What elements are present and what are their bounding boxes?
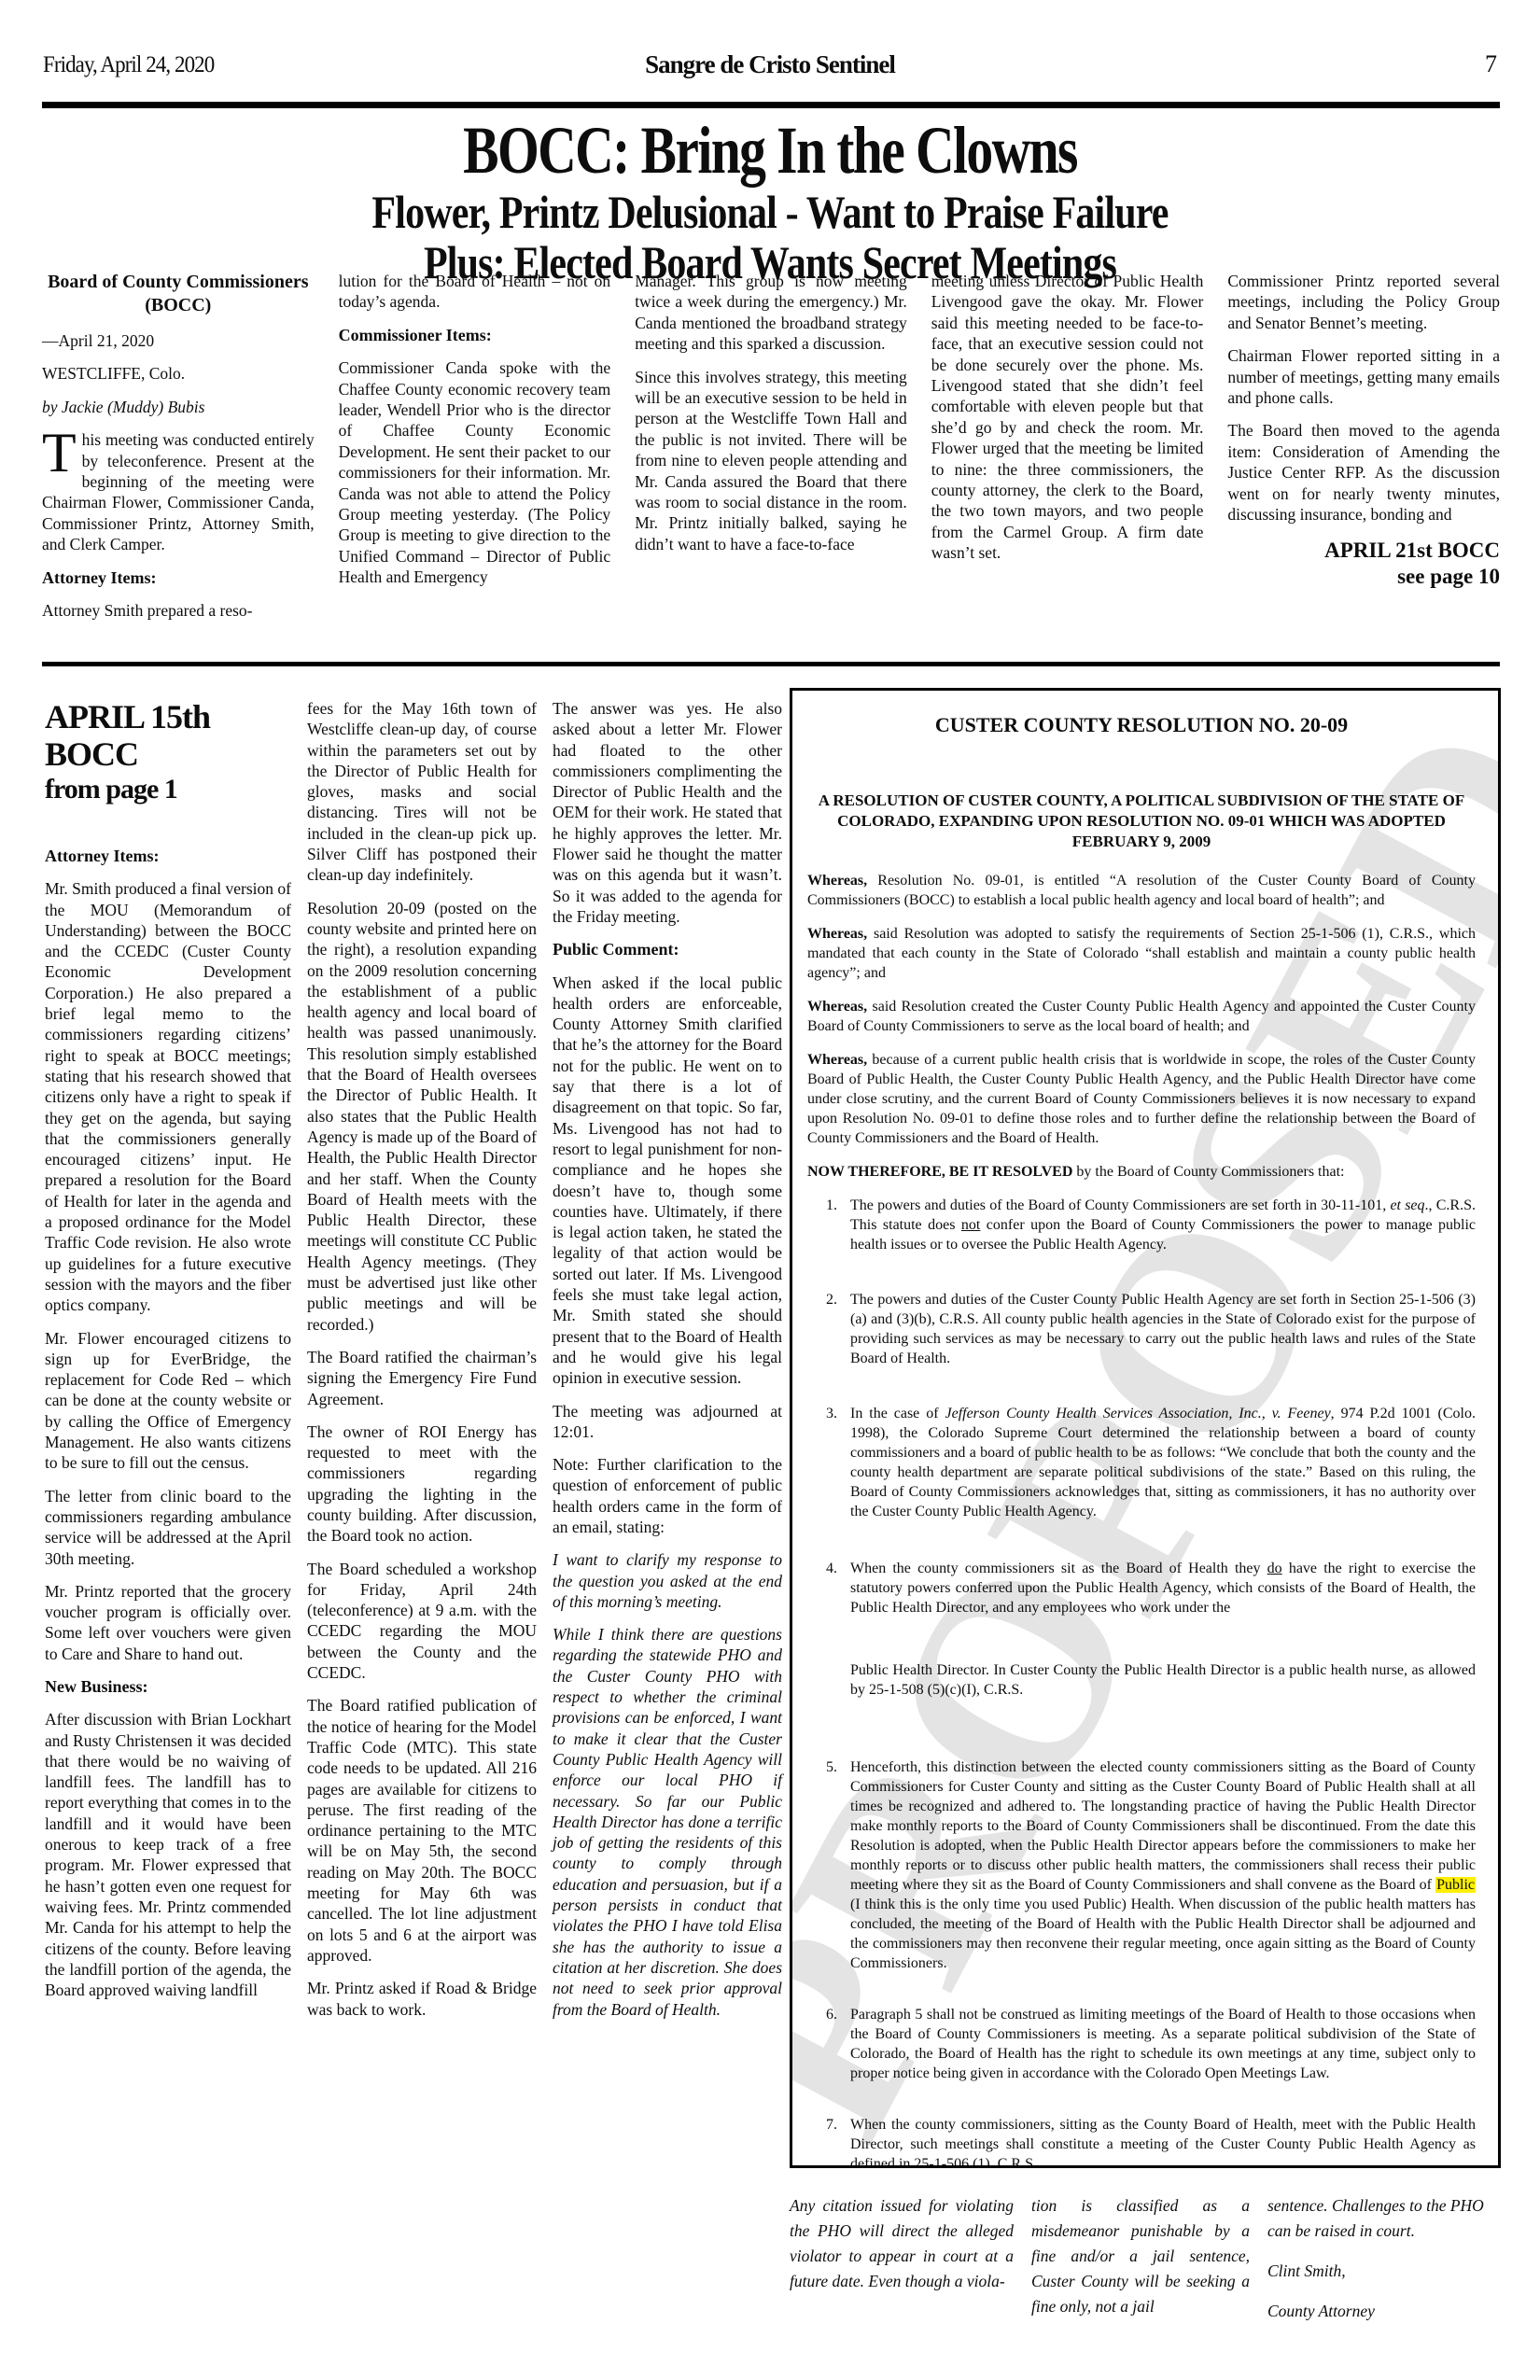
whereas-paragraph: Whereas, because of a current public hea… (807, 1050, 1476, 1148)
continuation-title: APRIL 15th BOCC (45, 698, 291, 773)
section-head-attorney-items: Attorney Items: (45, 846, 291, 866)
paragraph: The Board ratified the chairman’s signin… (307, 1347, 537, 1409)
item-text: The powers and duties of the Custer Coun… (850, 1290, 1476, 1368)
byline: by Jackie (Muddy) Bubis (42, 397, 315, 417)
paragraph: Mr. Smith produced a final version of th… (45, 878, 291, 1315)
continuation-column-2: fees for the May 16th town of Westcliffe… (307, 698, 537, 2032)
story-source-head: Board of County Commissioners (BOCC) (42, 271, 315, 317)
resolution-item-continuation: Public Health Director. In Custer County… (850, 1660, 1476, 1700)
resolution-subtitle: A RESOLUTION OF CUSTER COUNTY, A POLITIC… (807, 791, 1476, 852)
item-text: Paragraph 5 shall not be construed as li… (850, 2005, 1476, 2083)
signature-title: County Attorney (1267, 2299, 1501, 2324)
note-paragraph: sentence. Challenges to the PHO can be r… (1267, 2193, 1501, 2244)
resolution-item: 2.The powers and duties of the Custer Co… (807, 1290, 1476, 1368)
item-text: When the county commissioners, sitting a… (850, 2115, 1476, 2168)
resolution-title: CUSTER COUNTY RESOLUTION NO. 20-09 (807, 715, 1476, 735)
paragraph: Manager. This group is now meeting twice… (635, 271, 907, 355)
paragraph: Commissioner Canda spoke with the Chaffe… (339, 357, 611, 587)
dateline: —April 21, 2020 (42, 330, 315, 351)
paragraph: The owner of ROI Energy has requested to… (307, 1421, 537, 1547)
header-rule (42, 102, 1500, 108)
paragraph: Mr. Printz reported that the grocery vou… (45, 1581, 291, 1664)
email-quote-paragraph: While I think there are questions regard… (553, 1624, 782, 2020)
attorney-note: Any citation issued for violating the PH… (790, 2193, 1501, 2339)
jump-line-2: see page 10 (1397, 565, 1500, 588)
signature-name: Clint Smith, (1267, 2259, 1501, 2284)
section-head-public-comment: Public Comment: (553, 939, 782, 959)
newspaper-page: Friday, April 24, 2020 Sangre de Cristo … (0, 0, 1540, 2380)
item-text: The powers and duties of the Board of Co… (850, 1196, 1476, 1254)
resolution-box: PROPOSED CUSTER COUNTY RESOLUTION NO. 20… (790, 688, 1501, 2168)
item-number: 2. (826, 1290, 850, 1368)
paragraph: The meeting was adjourned at 12:01. (553, 1401, 782, 1443)
paragraph: meeting unless Director of Public Health… (931, 271, 1204, 564)
paragraph: Resolution 20-09 (posted on the county w… (307, 898, 537, 1335)
paragraph: Commissioner Printz reported several mee… (1227, 271, 1500, 333)
headline-sub-1: Flower, Printz Delusional - Want to Prai… (123, 185, 1417, 239)
paragraph: The Board scheduled a workshop for Frida… (307, 1559, 537, 1684)
paragraph-text: his meeting was conducted entirely by te… (42, 430, 315, 553)
top-article-column-4: meeting unless Director of Public Health… (931, 271, 1204, 633)
whereas-paragraph: Whereas, Resolution No. 09-01, is entitl… (807, 871, 1476, 910)
headline-main: BOCC: Bring In the Clowns (154, 112, 1386, 189)
paragraph: The answer was yes. He also asked about … (553, 698, 782, 927)
continuation-column-1: APRIL 15th BOCC from page 1 Attorney Ite… (45, 698, 291, 2032)
item-number: 3. (826, 1404, 850, 1521)
paragraph: The Board ratified publication of the no… (307, 1695, 537, 1966)
paragraph: Note: Further clarification to the quest… (553, 1454, 782, 1537)
resolution-item: 5.Henceforth, this distinction between t… (807, 1757, 1476, 1973)
continuation-column-3: The answer was yes. He also asked about … (553, 698, 782, 2032)
note-column-2: tion is classified as a misdemeanor puni… (1031, 2193, 1250, 2339)
whereas-paragraph: Whereas, said Resolution created the Cus… (807, 997, 1476, 1036)
top-article-column-1: Board of County Commissioners (BOCC) —Ap… (42, 271, 315, 633)
resolution-item: 4.When the county commissioners sit as t… (807, 1559, 1476, 1617)
drop-cap: T (42, 429, 82, 473)
jump-reference: APRIL 21st BOCCsee page 10 (1227, 538, 1500, 590)
item-number: 5. (826, 1757, 850, 1973)
location-line: WESTCLIFFE, Colo. (42, 363, 315, 384)
top-article: Board of County Commissioners (BOCC) —Ap… (42, 271, 1500, 633)
email-quote-paragraph: I want to clarify my response to the que… (553, 1549, 782, 1612)
masthead: Sangre de Cristo Sentinel (0, 50, 1540, 79)
item-text: Henceforth, this distinction between the… (850, 1757, 1476, 1973)
item-number: 1. (826, 1196, 850, 1254)
resolved-clause: NOW THEREFORE, BE IT RESOLVED by the Boa… (807, 1162, 1476, 1182)
paragraph: When asked if the local public health or… (553, 973, 782, 1389)
whereas-paragraph: Whereas, said Resolution was adopted to … (807, 924, 1476, 983)
continuation-headline: APRIL 15th BOCC from page 1 (45, 698, 291, 806)
resolution-content: CUSTER COUNTY RESOLUTION NO. 20-09 A RES… (807, 715, 1476, 2168)
paragraph: This meeting was conducted entirely by t… (42, 429, 315, 554)
paragraph: lution for the Board of Health – not on … (339, 271, 611, 313)
paragraph: Since this involves strategy, this meeti… (635, 367, 907, 555)
top-article-column-3: Manager. This group is now meeting twice… (635, 271, 907, 633)
paragraph: Mr. Flower encouraged citizens to sign u… (45, 1328, 291, 1474)
paragraph: The Board then moved to the agenda item:… (1227, 420, 1500, 525)
item-text: In the case of Jefferson County Health S… (850, 1404, 1476, 1521)
top-article-column-2: lution for the Board of Health – not on … (339, 271, 611, 633)
paragraph: Chairman Flower reported sitting in a nu… (1227, 345, 1500, 408)
page-number: 7 (1485, 50, 1497, 78)
continuation-article: APRIL 15th BOCC from page 1 Attorney Ite… (45, 698, 782, 2032)
paragraph: Attorney Smith prepared a reso- (42, 600, 315, 621)
section-head-new-business: New Business: (45, 1676, 291, 1697)
resolution-item: 6.Paragraph 5 shall not be construed as … (807, 2005, 1476, 2083)
resolution-item: 3.In the case of Jefferson County Health… (807, 1404, 1476, 1521)
resolution-item: 7.When the county commissioners, sitting… (807, 2115, 1476, 2168)
paragraph: fees for the May 16th town of Westcliffe… (307, 698, 537, 886)
item-number: 7. (826, 2115, 850, 2168)
section-head-commissioner-items: Commissioner Items: (339, 325, 611, 345)
item-text: When the county commissioners sit as the… (850, 1559, 1476, 1617)
resolution-item: 1.The powers and duties of the Board of … (807, 1196, 1476, 1254)
item-number: 6. (826, 2005, 850, 2083)
paragraph: The letter from clinic board to the comm… (45, 1486, 291, 1569)
section-divider-rule (42, 662, 1500, 666)
paragraph: After discussion with Brian Lockhart and… (45, 1709, 291, 2000)
item-number: 4. (826, 1559, 850, 1617)
note-column-3: sentence. Challenges to the PHO can be r… (1267, 2193, 1501, 2339)
jump-line-1: APRIL 21st BOCC (1324, 539, 1500, 562)
paragraph: Mr. Printz asked if Road & Bridge was ba… (307, 1978, 537, 2020)
continuation-subtitle: from page 1 (45, 773, 291, 806)
section-head-attorney-items: Attorney Items: (42, 567, 315, 588)
top-article-column-5: Commissioner Printz reported several mee… (1227, 271, 1500, 633)
note-column-1: Any citation issued for violating the PH… (790, 2193, 1014, 2339)
